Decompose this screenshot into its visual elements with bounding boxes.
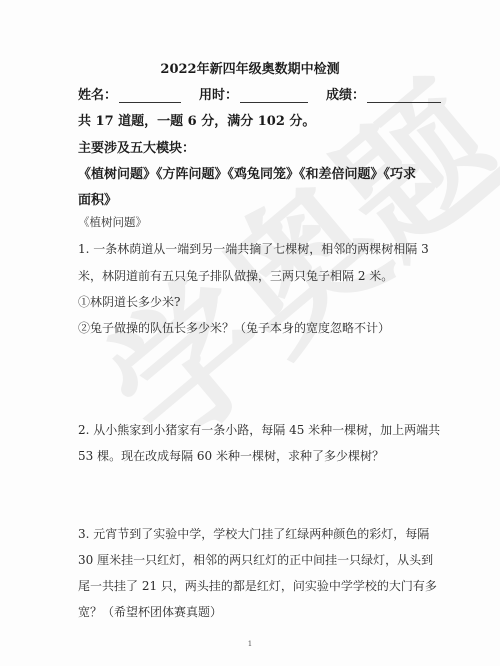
section-title: 《植树问题》	[78, 214, 147, 230]
time-field[interactable]: 用时：	[199, 84, 326, 103]
question-2-line-1: 2. 从小熊家到小猪家有一条小路，每隔 45 米种一棵树，加上两端共	[78, 421, 440, 438]
page-number: 1	[0, 640, 500, 648]
question-3-line-1: 3. 元宵节到了实验中学，学校大门挂了红绿两种颜色的彩灯，每隔	[78, 525, 429, 542]
score-blank[interactable]	[367, 90, 441, 103]
question-3-line-2: 30 厘米挂一只红灯，相邻的两只红灯的正中间挂一只绿灯，从头到	[78, 551, 433, 568]
score-info: 共 17 道题，一题 6 分，满分 102 分。	[78, 110, 315, 129]
name-field[interactable]: 姓名：	[78, 84, 199, 103]
time-label: 用时：	[199, 84, 238, 103]
document-title: 2022年新四年级奥数期中检测	[0, 58, 500, 77]
document-page: 2022年新四年级奥数期中检测 姓名： 用时： 成绩： 共 17 道题，一题 6…	[0, 0, 500, 666]
time-blank[interactable]	[240, 90, 308, 103]
question-1-sub-2: ②兔子做操的队伍长多少米？（兔子本身的宽度忽略不计）	[78, 319, 390, 336]
score-field[interactable]: 成绩：	[326, 84, 441, 103]
student-info-fields: 姓名： 用时： 成绩：	[78, 84, 441, 103]
modules-heading: 主要涉及五大模块：	[78, 137, 195, 156]
name-blank[interactable]	[119, 90, 181, 103]
question-3-line-4: 宽？（希望杯团体赛真题）	[78, 603, 222, 620]
question-3-line-3: 尾一共挂了 21 只，两头挂的都是红灯，问实验中学学校的大门有多	[78, 577, 437, 594]
question-1-line-1: 1. 一条林荫道从一端到另一端共摘了七棵树，相邻的两棵树相隔 3	[78, 240, 429, 257]
name-label: 姓名：	[78, 84, 117, 103]
question-1-line-2: 米，林阴道前有五只兔子排队做操，三两只兔子相隔 2 米。	[78, 267, 393, 284]
question-2-line-2: 53 棵。现在改成每隔 60 米种一棵树，求种了多少棵树？	[78, 447, 384, 464]
modules-list-line1: 《植树问题》《方阵问题》《鸡兔同笼》《和差倍问题》《巧求	[78, 163, 416, 182]
question-1-sub-1: ①林阴道长多少米?	[78, 293, 180, 310]
score-label: 成绩：	[326, 84, 365, 103]
modules-list-line2: 面积》	[78, 189, 117, 208]
